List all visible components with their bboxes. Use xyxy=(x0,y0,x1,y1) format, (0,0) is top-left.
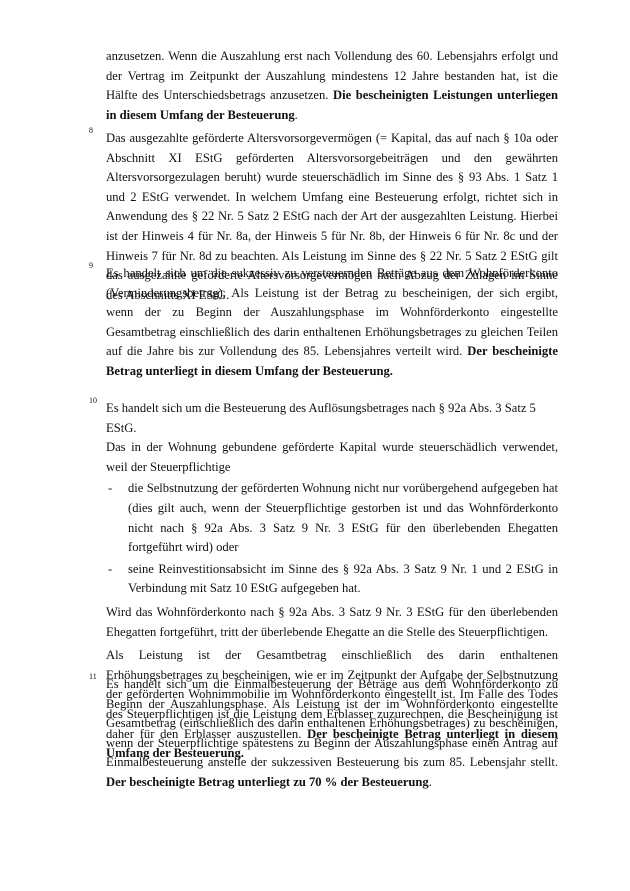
footnote-11: 11 Es handelt sich um die Einmalbesteuer… xyxy=(106,675,558,793)
continuation-paragraph: anzusetzen. Wenn die Auszahlung erst nac… xyxy=(106,47,558,125)
footnote-number: 8 xyxy=(89,126,93,136)
dash-bullet: - xyxy=(108,560,112,580)
footnote-number: 11 xyxy=(89,672,97,682)
list-item: - seine Reinvestitionsabsicht im Sinne d… xyxy=(106,560,558,599)
dash-bullet: - xyxy=(108,479,112,499)
punctuation: . xyxy=(429,775,432,789)
footnote-number: 9 xyxy=(89,261,93,271)
list-item-text: seine Reinvestitionsabsicht im Sinne des… xyxy=(128,562,558,596)
footnote-number: 10 xyxy=(89,396,97,406)
footnote-9: 9 Es handelt sich um die sukzessiv zu ve… xyxy=(106,264,558,382)
punctuation: . xyxy=(295,108,298,122)
footnote-line-2: Das in der Wohnung gebundene geförderte … xyxy=(106,438,558,477)
footnote-line-1: Es handelt sich um die Besteuerung des A… xyxy=(106,399,558,438)
list-item: - die Selbstnutzung der geförderten Wohn… xyxy=(106,479,558,557)
document-page: anzusetzen. Wenn die Auszahlung erst nac… xyxy=(0,0,630,891)
list-item-text: die Selbstnutzung der geförderten Wohnun… xyxy=(128,481,558,554)
footnote-text: Es handelt sich um die Einmalbesteuerung… xyxy=(106,677,558,769)
bold-statement: Der bescheinigte Betrag unterliegt zu 70… xyxy=(106,775,429,789)
condition-list: - die Selbstnutzung der geförderten Wohn… xyxy=(106,479,558,599)
footnote-paragraph-3: Wird das Wohnförderkonto nach § 92a Abs.… xyxy=(106,603,558,642)
